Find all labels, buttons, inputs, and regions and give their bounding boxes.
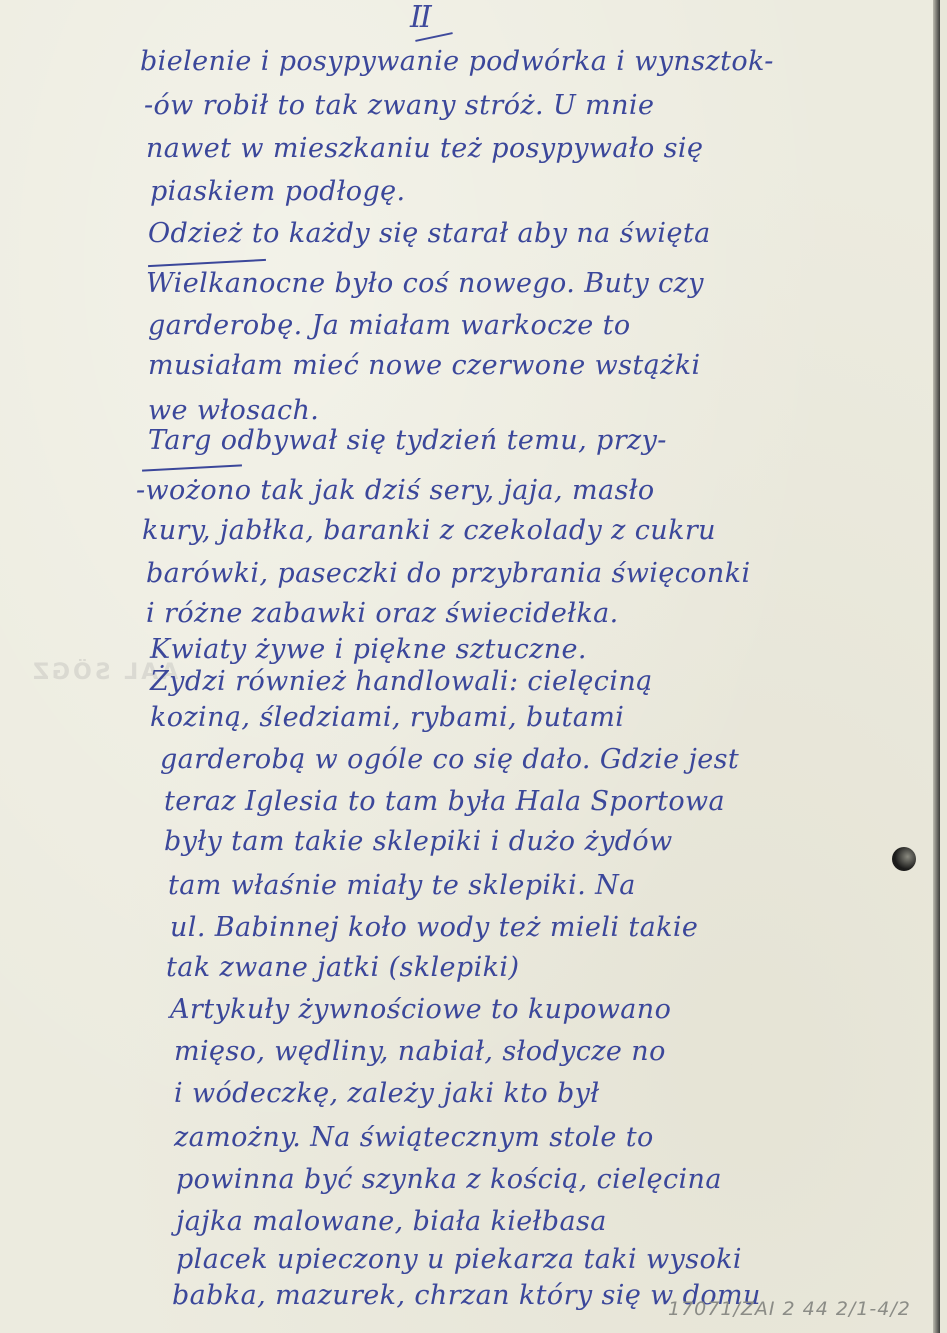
text-line: zamożny. Na świątecznym stole to	[174, 1122, 654, 1153]
text-line: -ów robił to tak zwany stróż. U mnie	[144, 90, 654, 121]
text-line: Targ odbywał się tydzień temu, przy-	[148, 425, 667, 456]
text-line: mięso, wędliny, nabiał, słodycze no	[174, 1036, 666, 1067]
text-line: garderobą w ogóle co się dało. Gdzie jes…	[160, 744, 739, 775]
manuscript-page: AAL SÖGZ II bielenie i posypywanie podwó…	[0, 0, 940, 1333]
page-number: II	[410, 0, 430, 35]
underline-odziez	[148, 259, 266, 267]
text-line: były tam takie sklepiki i dużo żydów	[164, 826, 673, 857]
text-line: nawet w mieszkaniu też posypywało się	[146, 133, 703, 164]
text-line: musiałam mieć nowe czerwone wstążki	[148, 350, 701, 381]
text-line: teraz Iglesia to tam była Hala Sportowa	[164, 786, 725, 817]
text-line: tak zwane jatki (sklepiki)	[166, 952, 519, 983]
text-line: garderobę. Ja miałam warkocze to	[148, 310, 631, 341]
text-line: bielenie i posypywanie podwórka i wynszt…	[140, 46, 774, 77]
text-line: -wożono tak jak dziś sery, jaja, masło	[136, 475, 655, 506]
text-line: Artykuły żywnościowe to kupowano	[170, 994, 671, 1025]
text-line: i różne zabawki oraz świecidełka.	[146, 598, 619, 629]
punch-hole	[892, 847, 916, 871]
archive-signature: 17071/ZAI 2 44 2/1-4/2	[668, 1298, 911, 1320]
text-line: we włosach.	[148, 395, 319, 426]
text-line: Odzież to każdy się starał aby na święta	[148, 218, 711, 249]
text-line: tam właśnie miały te sklepiki. Na	[168, 870, 636, 901]
text-line: Kwiaty żywe i piękne sztuczne.	[150, 634, 587, 665]
underline-targ	[142, 464, 242, 471]
text-line: jajka malowane, biała kiełbasa	[176, 1206, 607, 1237]
text-line: i wódeczkę, zależy jaki kto był	[174, 1078, 599, 1109]
text-line: Żydzi również handlowali: cielęciną	[150, 666, 653, 697]
page-edge-shadow	[933, 0, 940, 1333]
text-line: piaskiem podłogę.	[150, 176, 406, 207]
text-line: placek upieczony u piekarza taki wysoki	[176, 1244, 742, 1275]
text-line: barówki, paseczki do przybrania święconk…	[146, 558, 750, 589]
text-line: ul. Babinnej koło wody też mieli takie	[170, 912, 698, 943]
text-line: koziną, śledziami, rybami, butami	[150, 702, 624, 733]
text-line: Wielkanocne było coś nowego. Buty czy	[146, 268, 704, 299]
text-line: kury, jabłka, baranki z czekolady z cukr…	[142, 515, 716, 546]
text-line: powinna być szynka z kością, cielęcina	[176, 1164, 722, 1195]
